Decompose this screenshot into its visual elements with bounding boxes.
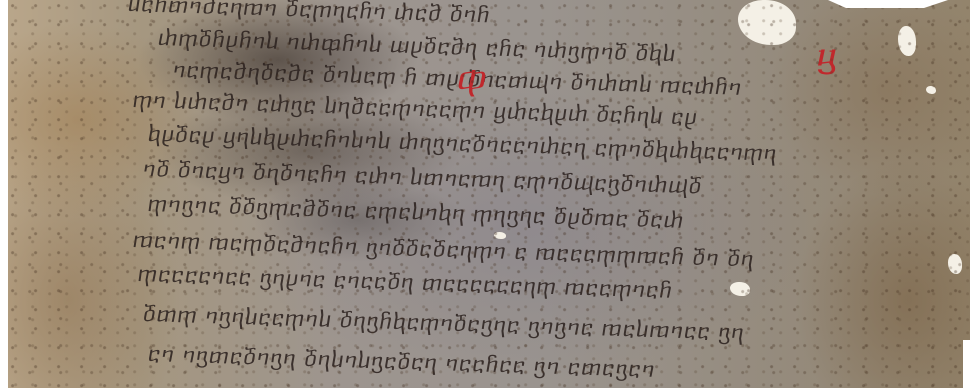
parchment-hole bbox=[494, 232, 506, 239]
text-line-10: ⴃⴇⴅ ⴈⴂⴄⴑⴀⴀⴅⴈⴑ ⴃⴄⴂⴌⴉⴀⴅⴈⴃⴀⴂⴄⴀ ⴂⴈⴂⴈⴀ ⴊⴀⴑⴊⴈⴀ… bbox=[143, 302, 745, 345]
text-line-1: ⴑⴀⴌⴇⴈⴋⴀⴄⴊⴈ ⴃⴀⴜⴄⴀⴌⴈ ⴐⴀⴋ ⴃⴈⴌ bbox=[128, 0, 491, 27]
red-initial-1: ⴔ bbox=[456, 58, 488, 98]
manuscript-page: ⴑⴀⴌⴇⴈⴋⴀⴄⴊⴈ ⴃⴀⴜⴄⴀⴌⴈ ⴐⴀⴋ ⴃⴈⴌ ⴐⴅⴃⴌⴞⴌⴈⴑ ⴈⴐⴔⴌ… bbox=[8, 0, 970, 388]
parchment-hole bbox=[730, 282, 750, 296]
red-initial-2: ⴁ bbox=[816, 36, 838, 76]
parchment-hole bbox=[898, 26, 916, 56]
text-line-7: ⴅⴈⴂⴈⴀ ⴃⴃⴂⴅⴀⴋⴃⴈⴀ ⴀⴅⴀⴑⴈⴉⴄ ⴅⴄⴂⴄⴀ ⴃⴞⴃⴊⴀ ⴃⴀⴐ bbox=[148, 192, 685, 233]
parchment-hole bbox=[926, 86, 936, 94]
page-right-notch bbox=[963, 340, 970, 388]
parchment-hole bbox=[948, 254, 962, 274]
text-line-11: ⴀⴈ ⴈⴂⴇⴀⴃⴈⴂⴄ ⴃⴄⴑⴈⴑⴂⴀⴃⴀⴄ ⴈⴀⴀⴌⴀⴀ ⴂⴈ ⴀⴇⴀⴂⴀⴈ bbox=[148, 342, 656, 382]
text-line-9: ⴅⴀⴀⴀⴀⴈⴀⴀ ⴂⴄⴞⴈⴀ ⴀⴈⴀⴀⴃⴄ ⴇⴀⴀⴀⴀⴀⴀⴄⴅ ⴊⴀⴀⴅⴈⴀⴌ bbox=[138, 262, 674, 303]
text-line-6: ⴈⴃ ⴃⴈⴀⴁⴈ ⴃⴄⴃⴈⴀⴌⴈ ⴀⴐⴈ ⴑⴇⴈⴀⴊⴄ ⴀⴅⴈⴃⴓⴀⴂⴃⴈⴐⴓⴃ bbox=[143, 157, 703, 199]
parchment-hole bbox=[738, 0, 796, 45]
